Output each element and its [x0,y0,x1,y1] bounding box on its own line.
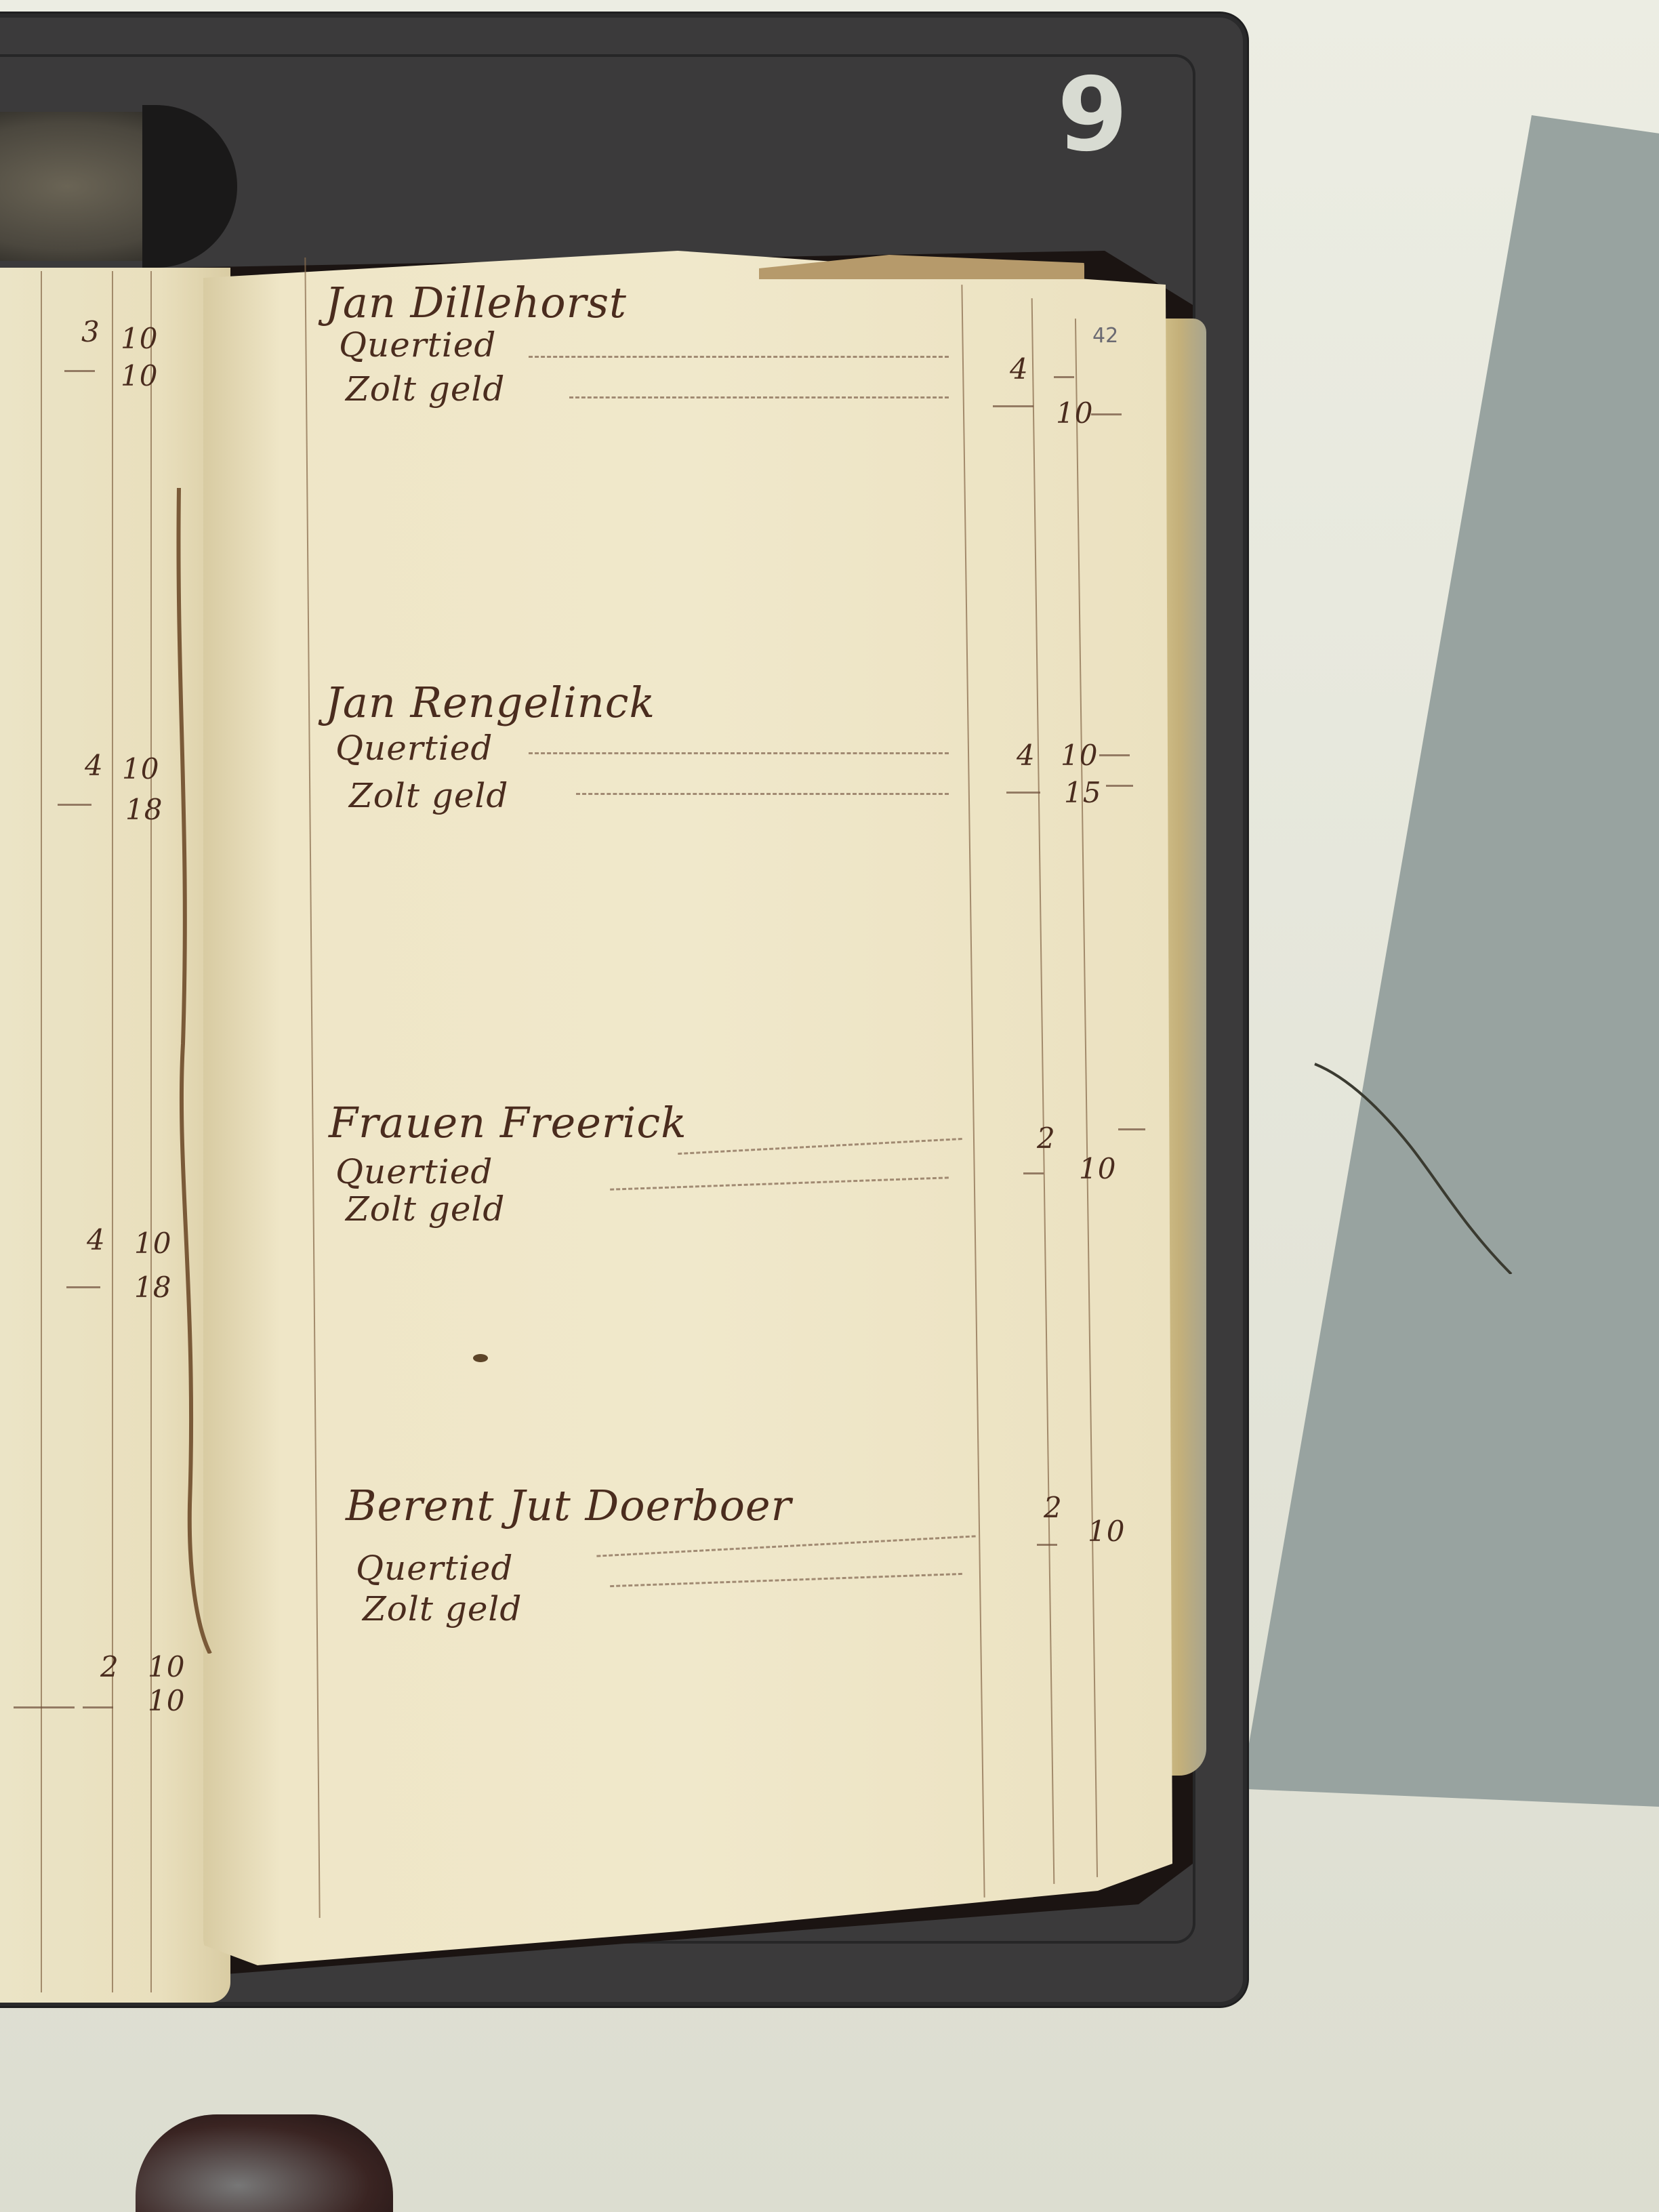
amount-col2: 10 [1061,739,1098,772]
amount-dash [83,1706,113,1708]
entry-label: Zolt geld [346,369,505,409]
left-amount-col2: 10 [122,752,159,785]
book-clamp-bottom [136,2114,393,2212]
left-page-rule [41,271,42,1992]
amount-dash [1054,376,1074,378]
entry-name: Berent Jut Doerboer [346,1481,792,1530]
leader-dots [576,793,949,795]
entry-name: Jan Rengelinck [325,678,655,727]
entry-label: Zolt geld [349,776,508,815]
left-amount-col1: 4 [85,749,104,782]
left-page-rule [112,271,113,1992]
amount-dash [1106,785,1133,787]
loose-fiber [1308,1057,1525,1274]
amount-dash [993,405,1033,407]
amount-dash [1091,413,1122,415]
leader-dots [529,356,949,358]
left-amount-col1: 2 [100,1650,119,1683]
amount-dash [1099,754,1130,756]
entry-label: Quertied [335,729,493,768]
amount-col2: 15 [1064,776,1101,809]
left-amount-col2b: 10 [148,1684,185,1717]
amount-col2: 10 [1088,1515,1125,1548]
amount-dash [1006,792,1040,794]
entry-label: Zolt geld [363,1589,522,1629]
amount-col1: 4 [1010,352,1029,386]
entry-label: Quertied [339,325,496,365]
left-amount-col2b: 18 [125,793,163,826]
leader-dots [569,396,949,398]
folio-number: 42 [1092,324,1118,348]
amount-dash [58,804,91,806]
left-amount-col2b: 18 [134,1271,171,1304]
left-amount-col1: 4 [87,1223,106,1256]
amount-col1: 4 [1017,739,1036,772]
board-number-tag: 9 [1057,64,1139,166]
amount-dash [66,1286,100,1288]
entry-label: Zolt geld [346,1189,505,1229]
entry-label: Quertied [335,1152,493,1191]
left-page-rule [150,271,152,1992]
left-amount-col1: 3 [81,315,100,348]
ink-blot [473,1354,488,1362]
entry-name: Frauen Freerick [329,1098,687,1147]
amount-dash [64,370,95,372]
entry-name: Jan Dillehorst [325,278,627,327]
amount-dash [14,1706,75,1708]
amount-col2: 10 [1079,1152,1116,1185]
binding-thread [169,488,224,1654]
amount-dash [1118,1128,1145,1130]
left-amount-col2: 10 [121,322,158,355]
left-amount-col2: 10 [148,1650,185,1683]
leader-dots [529,752,949,754]
amount-dash [1023,1172,1044,1174]
left-amount-col2b: 10 [121,359,158,392]
entry-label: Quertied [356,1549,513,1588]
amount-col1: 2 [1037,1122,1056,1155]
left-amount-col2: 10 [134,1227,171,1260]
amount-col2: 10 [1056,396,1093,430]
amount-col1: 2 [1044,1491,1063,1524]
amount-dash [1037,1544,1057,1546]
